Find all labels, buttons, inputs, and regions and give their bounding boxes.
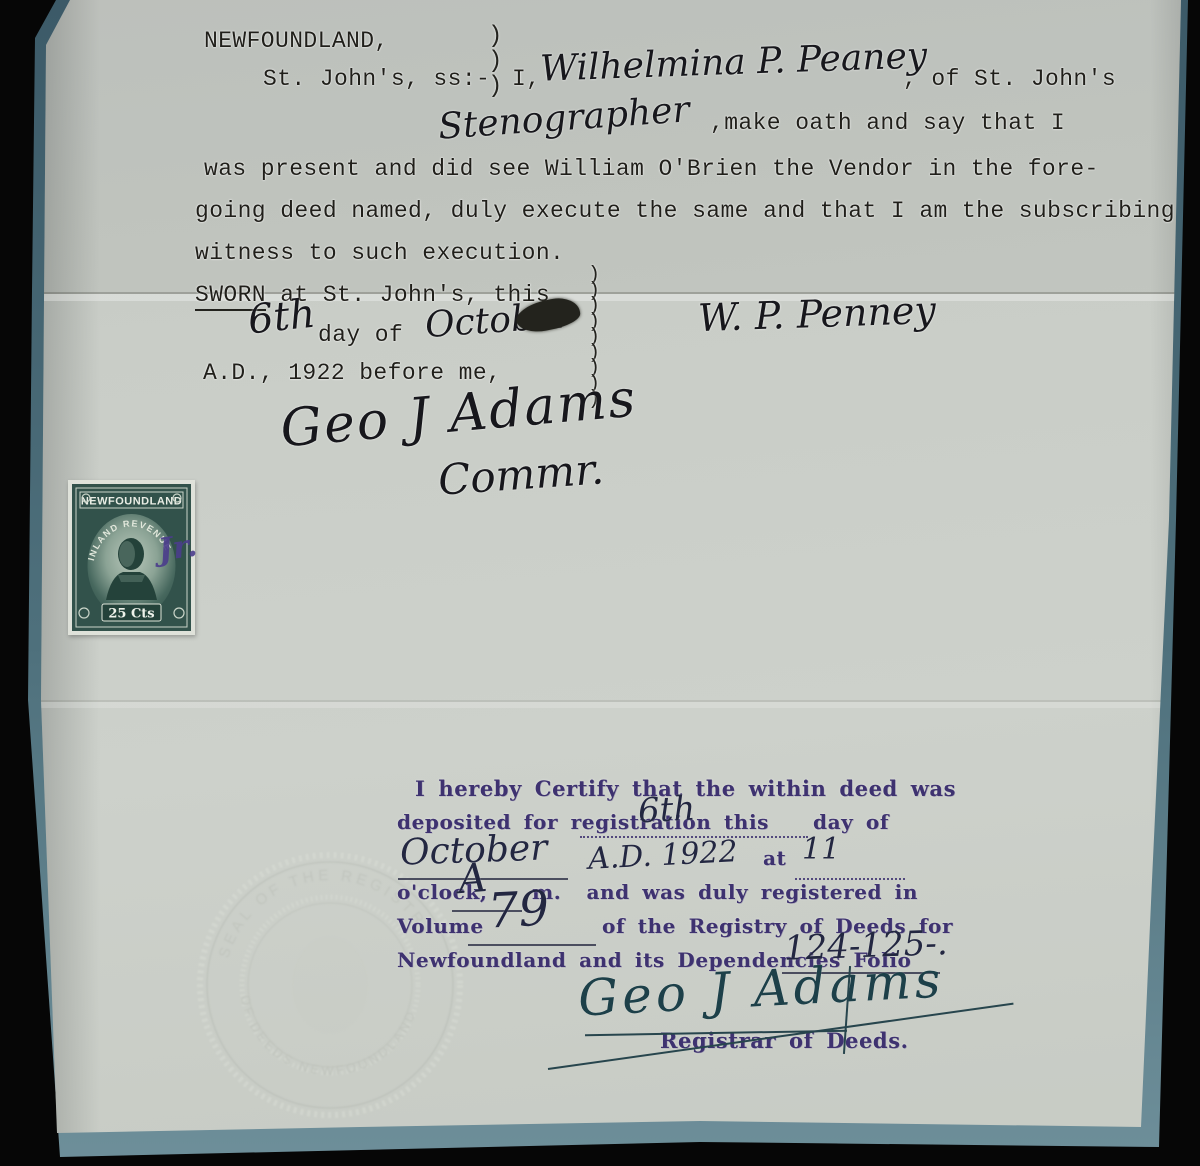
- stamp-overprint-initials: Jr.: [156, 527, 200, 568]
- stamp-country-label: NEWFOUNDLAND: [81, 496, 182, 508]
- registry-line5-pre: Volume: [397, 914, 484, 938]
- body-line-2: going deed named, duly execute the same …: [195, 198, 1175, 224]
- witness-signature: W. P. Penney: [697, 288, 936, 340]
- registry-line2-post: day of: [813, 810, 889, 834]
- day-of-typed: day of: [318, 322, 403, 348]
- pronoun: I,: [512, 66, 540, 92]
- registry-day-handwritten: 6th: [637, 789, 696, 832]
- registry-hour-handwritten: 11: [802, 832, 840, 867]
- body-line-3: witness to such execution.: [195, 240, 564, 266]
- photographed-deed-document: NEWFOUNDLAND, ) ) ) St. John's, ss:- I, …: [0, 0, 1200, 1166]
- blank-line: [468, 944, 596, 946]
- stamp-denomination: 25 Cts: [108, 607, 154, 622]
- province-heading: NEWFOUNDLAND,: [204, 28, 389, 54]
- venue-line: St. John's, ss:-: [263, 66, 490, 92]
- registry-line4-post: m. and was duly registered in: [532, 880, 918, 904]
- registry-at: at: [763, 846, 786, 870]
- oath-clause: ,make oath and say that I: [710, 110, 1065, 136]
- residence-line: , of St. John's: [903, 66, 1116, 92]
- brace-glyph: ): [488, 24, 502, 49]
- paper-shading: [0, 0, 1200, 292]
- registry-meridiem-handwritten: A: [456, 855, 489, 903]
- sworn-year-line: A.D., 1922 before me,: [203, 360, 501, 386]
- fold-crease-highlight: [40, 702, 1184, 708]
- body-line-1: was present and did see William O'Brien …: [204, 156, 1099, 182]
- sworn-day-handwritten: 6th: [246, 291, 318, 344]
- registry-volume-handwritten: 79: [487, 880, 551, 939]
